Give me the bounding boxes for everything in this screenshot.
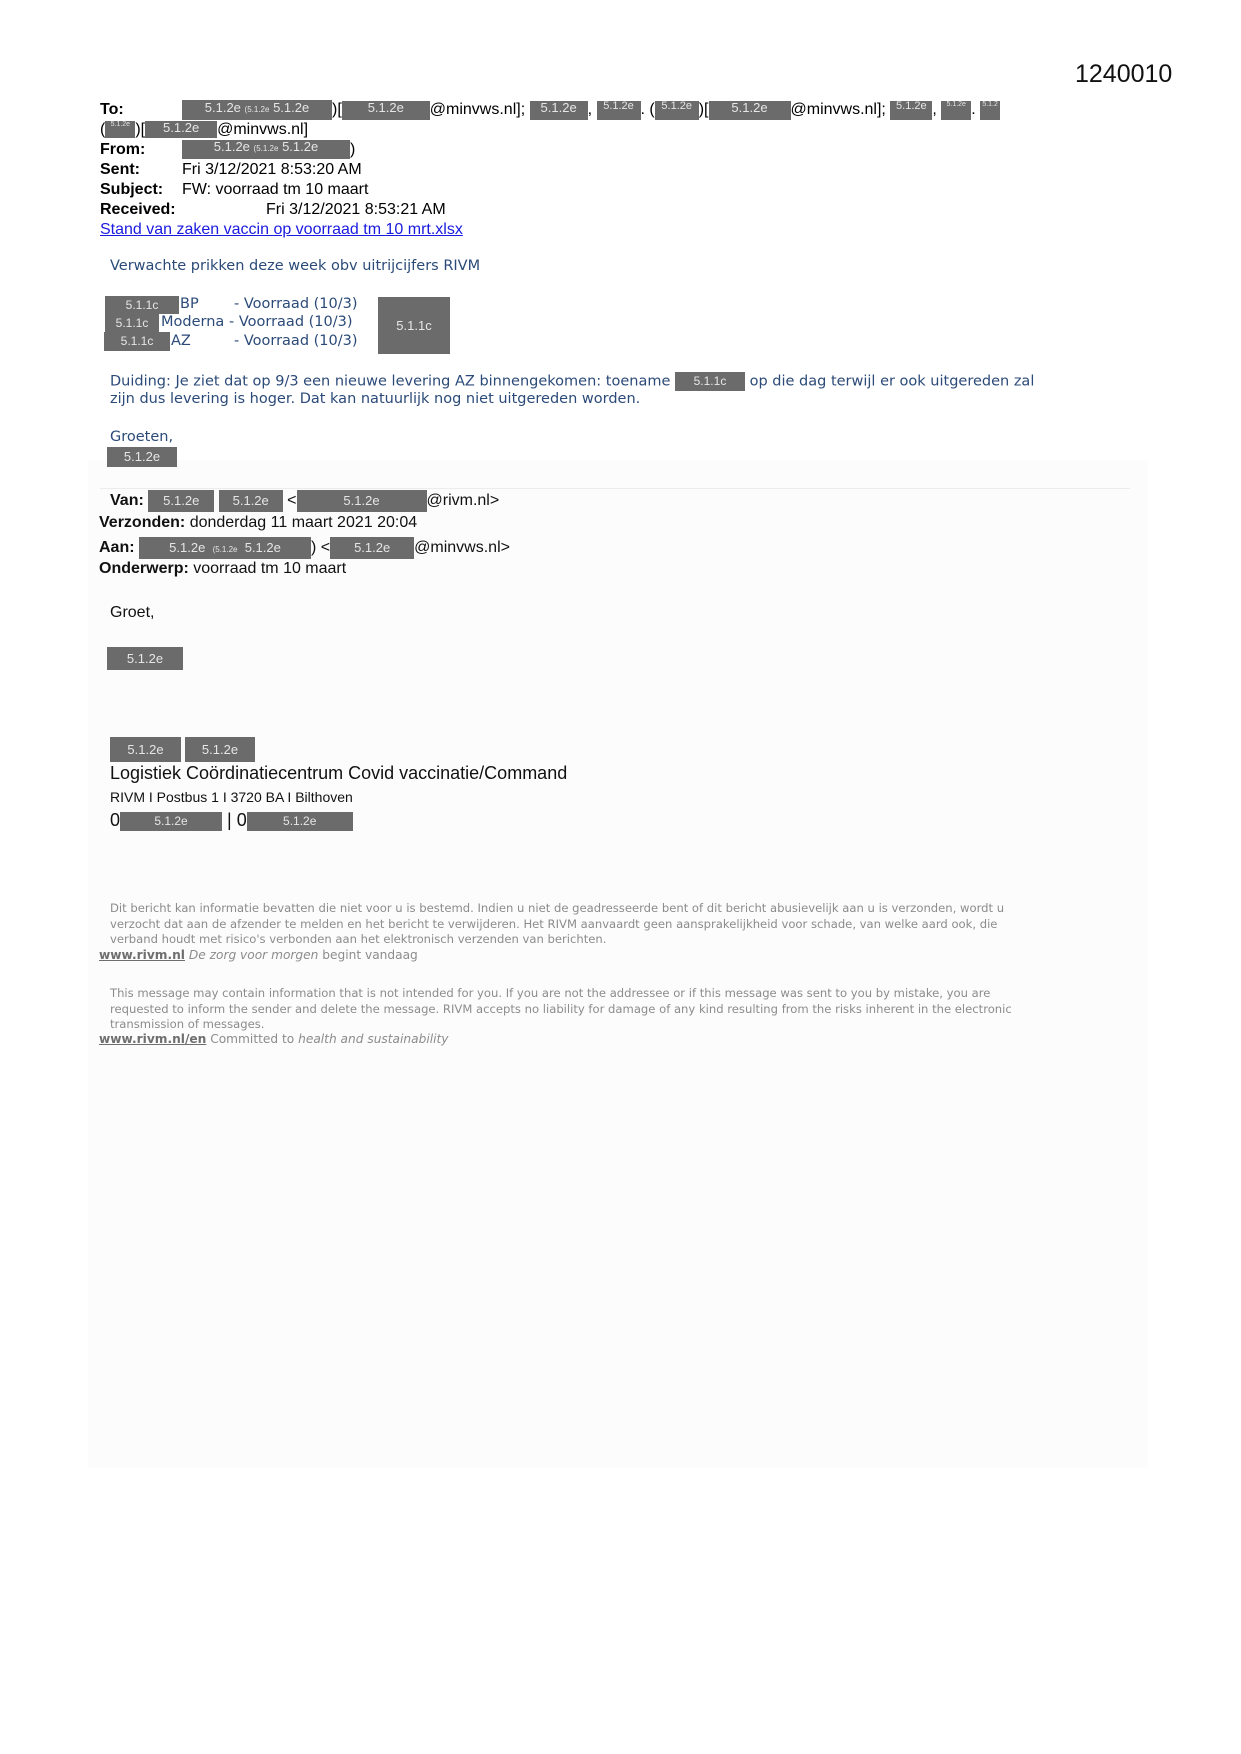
signature-address: RIVM I Postbus 1 I 3720 BA I Bilthoven: [110, 789, 353, 805]
redaction-box: 5.1.2e: [120, 812, 222, 831]
to-label: To:: [100, 100, 182, 120]
aan-row: Aan: 5.1.2e (5.1.2e 5.1.2e) <5.1.2e@minv…: [99, 537, 510, 559]
redaction-box: 5.1.2e: [185, 737, 255, 762]
from-label: From:: [100, 140, 182, 160]
redaction-box: 5.1.2e: [105, 121, 135, 138]
subject-value: FW: voorraad tm 10 maart: [182, 181, 368, 198]
sent-value: Fri 3/12/2021 8:53:20 AM: [182, 161, 362, 178]
redaction-box: 5.1.2e (5.1.2e 5.1.2e: [139, 537, 311, 559]
redaction-box: 5.1.2e: [110, 737, 181, 762]
vaccine-label: - Voorraad (10/3): [229, 314, 353, 330]
disclaimer-nl: Dit bericht kan informatie bevatten die …: [110, 901, 1004, 948]
redaction-box: 5.1.2e: [890, 101, 932, 120]
redaction-box: 5.1.2e: [247, 812, 353, 831]
redaction-box: 5.1.1c: [104, 332, 170, 351]
redaction-box: 5.1.1c: [378, 297, 450, 354]
redaction-box: 5.1.2e: [709, 101, 791, 120]
redaction-box: 5.1.2e: [597, 101, 641, 120]
to-row: To:5.1.2e (5.1.2e 5.1.2e)[5.1.2e@minvws.…: [100, 100, 1000, 120]
van-row: Van: 5.1.2e 5.1.2e <5.1.2e@rivm.nl>: [110, 490, 499, 512]
rivm-website-link[interactable]: www.rivm.nl: [99, 948, 185, 962]
document-number: 1240010: [1075, 60, 1172, 89]
redaction-box: 5.1.2e: [297, 490, 427, 512]
redaction-box: 5.1.2e (5.1.2e 5.1.2e: [182, 140, 350, 159]
received-row: Received:Fri 3/12/2021 8:53:21 AM: [100, 200, 446, 220]
redaction-box: 5.1.2e: [107, 647, 183, 670]
redaction-box: 5.1.2e: [107, 447, 177, 467]
redaction-box: 5.1.1c: [105, 296, 179, 314]
signature-phone: 05.1.2e | 05.1.2e: [110, 810, 353, 831]
duiding-line-1: Duiding: Je ziet dat op 9/3 een nieuwe l…: [110, 372, 1034, 391]
redaction-box: 5.1.1c: [105, 314, 159, 332]
from-row: From:5.1.2e (5.1.2e 5.1.2e): [100, 140, 355, 160]
subject-row: Subject:FW: voorraad tm 10 maart: [100, 180, 368, 200]
subject-label: Subject:: [100, 180, 182, 200]
closing-greeting: Groeten,: [110, 429, 173, 445]
redaction-box: 5.1.2e: [530, 101, 588, 120]
intro-text: Verwachte prikken deze week obv uitrijci…: [110, 258, 480, 274]
verzonden-row: Verzonden: donderdag 11 maart 2021 20:04: [99, 514, 417, 532]
redaction-box: 5.1.1c: [675, 372, 745, 391]
vaccine-name: Moderna: [161, 314, 224, 330]
redaction-box: 5.1.2e: [148, 490, 214, 512]
message-separator: [100, 488, 1130, 489]
vaccine-name: BP: [180, 296, 199, 312]
tagline-en: www.rivm.nl/en Committed to health and s…: [99, 1032, 449, 1046]
redaction-box: 5.1.2e: [941, 101, 971, 120]
message-body-background: [88, 460, 1148, 1468]
to-row-continued: (5.1.2e)[5.1.2e@minvws.nl]: [100, 120, 308, 140]
redaction-box: 5.1.2e (5.1.2e 5.1.2e: [182, 100, 332, 120]
rivm-en-website-link[interactable]: www.rivm.nl/en: [99, 1032, 206, 1046]
disclaimer-en: This message may contain information tha…: [110, 986, 1012, 1033]
redaction-box: 5.1.2e: [342, 101, 430, 120]
tagline-nl: www.rivm.nl De zorg voor morgen begint v…: [99, 948, 418, 962]
onderwerp-row: Onderwerp: voorraad tm 10 maart: [99, 560, 346, 578]
redaction-box: 5.1.2e: [219, 490, 283, 512]
groet-text: Groet,: [110, 604, 154, 622]
redaction-box: 5.1.2e: [330, 537, 414, 559]
vaccine-name: AZ: [171, 333, 191, 349]
vaccine-label: - Voorraad (10/3): [234, 296, 358, 312]
attachment-link[interactable]: Stand van zaken vaccin op voorraad tm 10…: [100, 220, 463, 240]
sent-row: Sent:Fri 3/12/2021 8:53:20 AM: [100, 160, 362, 180]
sent-label: Sent:: [100, 160, 182, 180]
redaction-box: 5.1.2e: [145, 121, 217, 138]
duiding-line-2: zijn dus levering is hoger. Dat kan natu…: [110, 391, 640, 407]
signature-department: Logistiek Coördinatiecentrum Covid vacci…: [110, 763, 567, 784]
received-value: Fri 3/12/2021 8:53:21 AM: [266, 201, 446, 218]
vaccine-label: - Voorraad (10/3): [234, 333, 358, 349]
redaction-box: 5.1.2e: [655, 101, 699, 120]
received-label: Received:: [100, 200, 266, 220]
redaction-box: 5.1.2: [980, 101, 1000, 120]
